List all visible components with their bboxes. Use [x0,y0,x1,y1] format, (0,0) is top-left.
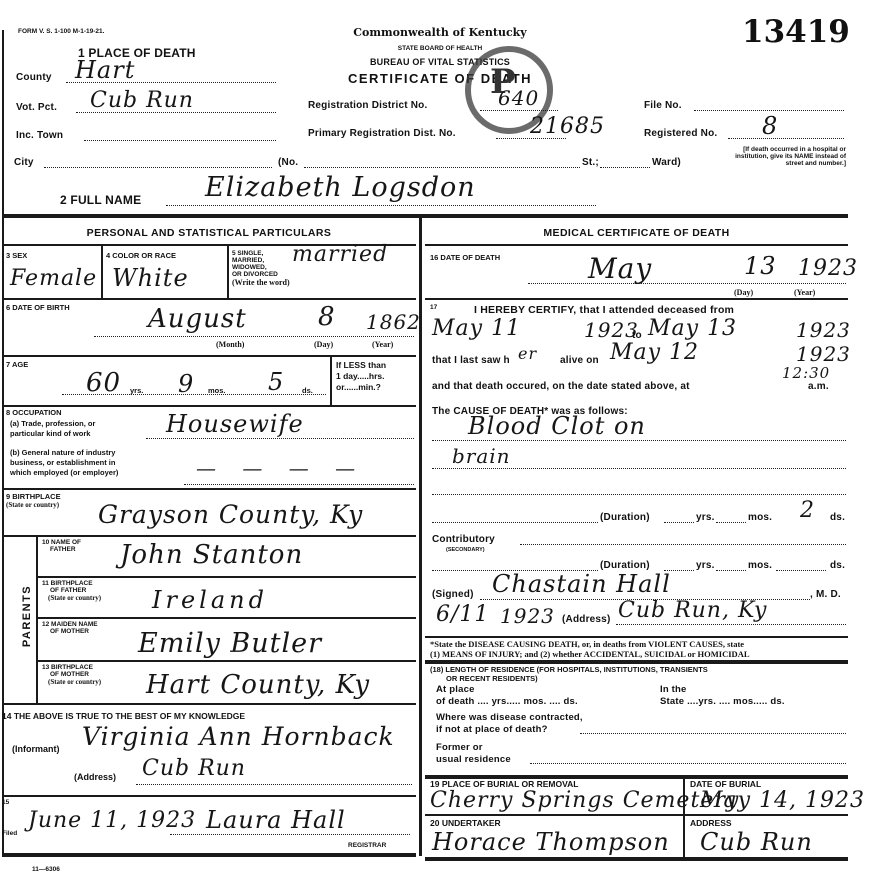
undertaker-address-value: Cub Run [700,828,813,856]
physician-address: Cub Run, Ky [618,598,767,623]
full-name-label: 2 FULL NAME [60,193,141,207]
birthplace-label: 9 BIRTHPLACE (State or country) [6,493,61,509]
informant-statement: 14 THE ABOVE IS TRUE TO THE BEST OF MY K… [2,712,245,720]
age-days: 5 [268,368,284,396]
file-no-label: File No. [644,100,682,111]
medical-section-title: MEDICAL CERTIFICATE OF DEATH [425,227,848,239]
burial-place-value: Cherry Springs Cemetery [430,788,739,813]
sex-label: 3 SEX [6,252,27,260]
sex-value: Female [10,266,97,291]
date-of-death-label: 16 DATE OF DEATH [430,254,500,262]
inc-town-label: Inc. Town [16,130,63,141]
registrar-label: REGISTRAR [348,842,386,849]
footnote-line-2: (1) MEANS OF INJURY; and (2) whether ACC… [430,649,750,659]
commonwealth-heading: Commonwealth of Kentucky [290,26,590,39]
attended-from: May 11 [432,316,521,341]
hospital-note: [If death occurred in a hospital or inst… [724,146,846,167]
registration-district-value: 640 [498,86,539,110]
race-value: White [112,264,189,292]
mother-birthplace-label: 13 BIRTHPLACE OF MOTHER (State or countr… [42,664,101,686]
filed-date: June 11, 1923 [28,808,196,833]
registration-district-label: Registration District No. [308,100,427,111]
street-label: St.; [582,157,599,168]
marital-label: 5 SINGLE, MARRIED, WIDOWED, OR DIVORCED … [232,250,290,287]
inc-town-field [84,140,276,141]
undertaker-value: Horace Thompson [432,828,670,856]
marital-value: married [292,242,388,267]
mother-birthplace-value: Hart County, Ky [146,670,370,700]
where-contracted: Where was disease contracted, if not at … [436,712,583,736]
parents-side-label: PARENTS [21,585,33,647]
registered-no-value: 8 [762,112,778,140]
medical-title-rule [425,244,848,246]
dob-day: 8 [318,302,336,332]
full-name-value: Elizabeth Logsdon [205,172,476,203]
undertaker-address-label: ADDRESS [690,819,732,827]
county-label: County [16,72,52,83]
last-saw-pronoun: er [518,344,537,363]
undertaker-label: 20 UNDERTAKER [430,819,501,827]
age-label: 7 AGE [6,361,28,369]
cause-line-2: brain [452,444,511,468]
duration-days: 2 [800,498,815,523]
death-occurred-text: and that death occured, on the date stat… [432,381,690,392]
race-label: 4 COLOR OR RACE [106,252,176,260]
at-place-of-death: At place of death .... yrs..... mos. ...… [436,684,578,708]
occupation-b-label: (b) General nature of industry business,… [10,448,118,478]
city-label: City [14,157,34,168]
certificate-number: 13419 [742,14,850,50]
age-years: 60 [86,368,121,398]
contributory-label: Contributory [432,534,495,545]
primary-registration-label: Primary Registration Dist. No. [308,128,456,139]
dob-year: 1862 [366,310,421,334]
attended-to: May 13 [648,316,737,341]
ward-label: Ward) [652,157,681,168]
father-birthplace-value: Ireland [152,586,268,614]
occupation-b-value: — — — — [196,456,365,480]
date-of-death-month: May [588,252,652,285]
occupation-a-label: (a) Trade, profession, or particular kin… [10,419,95,439]
less-than-day: If LESS than 1 day.....hrs. or......min.… [336,360,386,393]
burial-date-value: May 14, 1923 [700,788,865,813]
file-no-field [694,110,844,111]
occupation-label: 8 OCCUPATION [6,409,62,417]
personal-section-title: PERSONAL AND STATISTICAL PARTICULARS [2,227,416,239]
burial-place-label: 19 PLACE OF BURIAL OR REMOVAL [430,780,578,788]
board-heading: STATE BOARD OF HEALTH [290,45,590,52]
mother-name-value: Emily Butler [138,628,322,659]
age-months: 9 [178,370,194,398]
last-saw-date: May 12 [610,340,699,365]
left-border [2,30,4,855]
informant-address-label: (Address) [74,773,116,781]
occupation-a-value: Housewife [166,410,304,438]
death-time: 12:30 [782,364,830,382]
father-birthplace-label: 11 BIRTHPLACE OF FATHER (State or countr… [42,580,101,602]
signed-date: 6/11 [436,602,489,627]
birthplace-value: Grayson County, Ky [98,500,363,529]
filed-label: Filed [2,830,17,837]
registrar-name: Laura Hall [206,806,346,834]
vot-pct-label: Vot. Pct. [16,102,57,113]
father-name-label: 10 NAME OF FATHER [42,539,81,553]
informant-label: (Informant) [12,745,60,753]
header-divider [2,214,848,218]
footnote-line-1: *State the DISEASE CAUSING DEATH, or, in… [430,639,744,649]
signed-label: (Signed) [432,589,474,600]
footer-code: 11—6306 [32,866,60,873]
vot-pct-value: Cub Run [90,88,194,113]
county-value: Hart [75,56,135,84]
cause-line-1: Blood Clot on [468,412,646,440]
mother-name-label: 12 MAIDEN NAME OF MOTHER [42,621,98,635]
date-of-death-day: 13 [744,252,777,280]
registered-no-label: Registered No. [644,128,717,139]
primary-registration-value: 21685 [530,114,605,139]
street-no-label: (No. [278,157,298,168]
dob-month: August [148,304,247,334]
date-of-death-year: 1923 [798,256,858,281]
informant-value: Virginia Ann Hornback [82,722,395,751]
physician-signature: Chastain Hall [492,570,671,598]
father-name-value: John Stanton [120,540,303,570]
in-the-state: In the State ....yrs. .... mos..... ds. [660,684,785,708]
city-field [44,167,272,168]
dob-label: 6 DATE OF BIRTH [6,304,70,312]
certify-statement: I HEREBY CERTIFY, that I attended deceas… [474,304,734,316]
informant-address-value: Cub Run [142,756,246,781]
former-residence: Former or usual residence [436,742,511,766]
burial-date-label: DATE OF BURIAL [690,780,761,788]
form-number: FORM V. S. 1-100 M-1-19-21. [18,28,104,35]
residence-label: (18) LENGTH OF RESIDENCE (FOR HOSPITALS,… [430,666,708,674]
